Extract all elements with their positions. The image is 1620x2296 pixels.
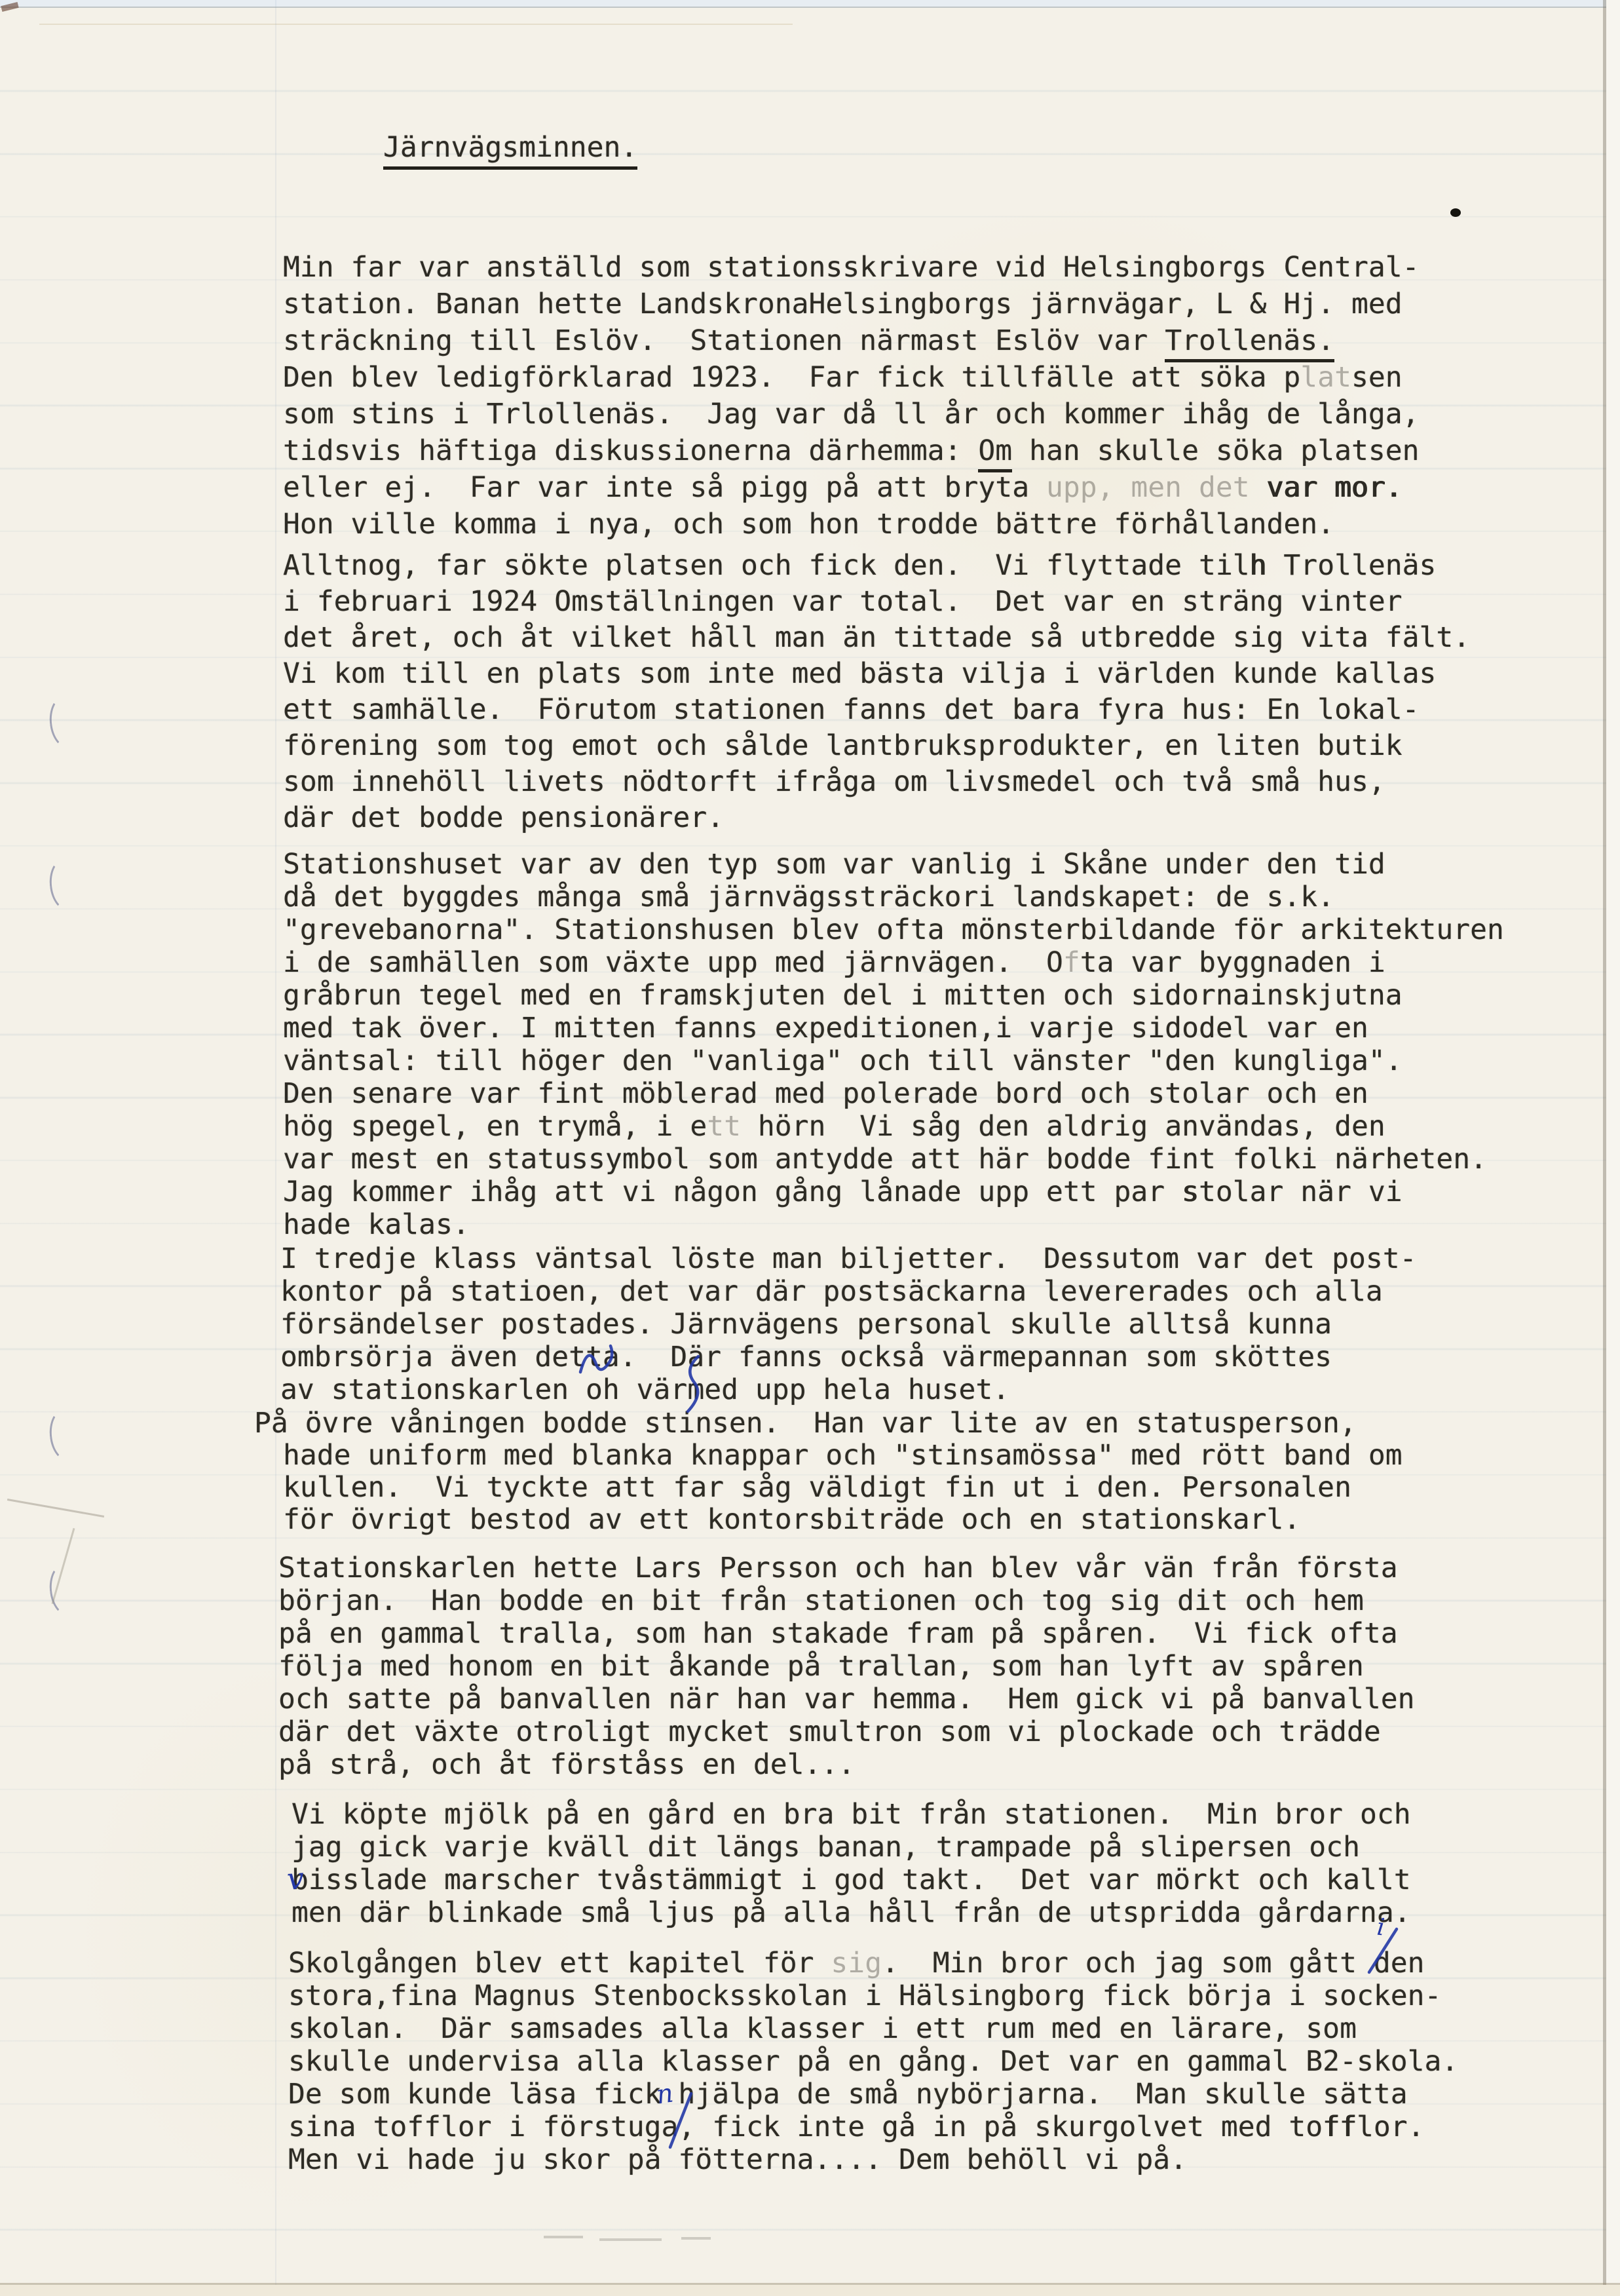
page-title: Järnvägsminnen. xyxy=(383,131,637,164)
text-line: väntsal: till höger den "vanliga" och ti… xyxy=(283,1044,1504,1077)
text-line: bisslade marscher tvåstämmigt i god takt… xyxy=(292,1864,1411,1896)
margin-crescent-mark xyxy=(47,695,85,750)
text-line: på strå, och åt förståss en del... xyxy=(278,1748,1415,1781)
text-line: Hon ville komma i nya, och som hon trodd… xyxy=(283,506,1420,543)
text-line: jag gick varje kväll dit längs banan, tr… xyxy=(292,1831,1411,1864)
blue-ink-letter-v: v xyxy=(286,1863,305,1894)
text-line: sina tofflor i förstuga, fick inte gå in… xyxy=(288,2111,1458,2143)
text-line: Den blev ledigförklarad 1923. Far fick t… xyxy=(283,359,1420,396)
scan-top-edge-line xyxy=(0,7,1620,8)
scan-top-edge xyxy=(0,0,1620,7)
text-line: men där blinkade små ljus på alla håll f… xyxy=(292,1896,1411,1929)
text-line: var mest en statussymbol som antydde att… xyxy=(283,1143,1504,1176)
text-line: Skolgången blev ett kapitel för sig. Min… xyxy=(288,1947,1458,1980)
pencil-smudge xyxy=(544,2236,583,2238)
text-line: eller ej. Far var inte så pigg på att br… xyxy=(283,469,1420,506)
paragraph-stationmaster: På övre våningen bodde stinsen. Han var … xyxy=(283,1407,1403,1536)
paragraph-school: Skolgången blev ett kapitel för sig. Min… xyxy=(288,1947,1458,2176)
text-line: ett samhälle. Förutom stationen fanns de… xyxy=(283,692,1470,728)
text-line: På övre våningen bodde stinsen. Han var … xyxy=(254,1407,1403,1440)
text-line: skulle undervisa alla klasser på en gång… xyxy=(288,2045,1458,2078)
text-line: I tredje klass väntsal löste man biljett… xyxy=(280,1242,1417,1275)
text-line: Vi köpte mjölk på en gård en bra bit frå… xyxy=(292,1798,1411,1831)
text-line: Stationskarlen hette Lars Persson och ha… xyxy=(278,1552,1415,1584)
text-line: och satte på banvallen när han var hemma… xyxy=(278,1683,1415,1715)
text-line: station. Banan hette LandskronaHelsingbo… xyxy=(283,286,1420,322)
text-line: "grevebanorna". Stationshusen blev ofta … xyxy=(283,913,1504,946)
text-line: tidsvis häftiga diskussionerna därhemma:… xyxy=(283,432,1420,469)
paragraph-post-office: I tredje klass väntsal löste man biljett… xyxy=(280,1242,1417,1406)
text-line: Min far var anställd som stationsskrivar… xyxy=(283,249,1420,286)
text-line: försändelser postades. Järnvägens person… xyxy=(280,1308,1417,1341)
paper-crease-mark xyxy=(7,1499,104,1518)
text-line: följa med honom en bit åkande på trallan… xyxy=(278,1650,1415,1683)
text-line: kullen. Vi tyckte att far såg väldigt fi… xyxy=(283,1472,1403,1504)
text-line: förening som tog emot och sålde lantbruk… xyxy=(283,728,1470,764)
pencil-smudge xyxy=(599,2238,662,2241)
text-line: De som kunde läsa fick hjälpa de små nyb… xyxy=(288,2078,1458,2111)
paragraph-move-to-trollenas: Alltnog, far sökte platsen och fick den.… xyxy=(283,548,1470,836)
margin-rule-line xyxy=(275,0,276,2296)
text-line: Den senare var fint möblerad med polerad… xyxy=(283,1077,1504,1110)
scan-bottom-strip xyxy=(0,2285,1620,2296)
blue-ink-letter-n: n xyxy=(654,2080,675,2108)
text-line: sträckning till Eslöv. Stationen närmast… xyxy=(283,322,1420,359)
page-right-edge xyxy=(1603,0,1606,2296)
pencil-smudge xyxy=(681,2237,711,2240)
scanned-typewritten-page: Järnvägsminnen. Min far var anställd som… xyxy=(0,0,1620,2296)
margin-crescent-mark xyxy=(47,1407,85,1463)
margin-crescent-mark xyxy=(47,1562,85,1618)
text-line: skolan. Där samsades alla klasser i ett … xyxy=(288,2012,1458,2045)
text-line: Vi kom till en plats som inte med bästa … xyxy=(283,656,1470,692)
text-line: stora,fina Magnus Stenbocksskolan i Häls… xyxy=(288,1980,1458,2012)
text-line: början. Han bodde en bit från stationen … xyxy=(278,1584,1415,1617)
text-line: där det bodde pensionärer. xyxy=(283,800,1470,836)
text-line: kontor på statioen, det var där postsäck… xyxy=(280,1275,1417,1308)
text-line: som stins i Trlollenäs. Jag var då ll år… xyxy=(283,396,1420,432)
scan-right-strip xyxy=(1606,0,1620,2296)
stray-ink-dot xyxy=(1450,208,1461,217)
text-line: ombrsörja även detta. Där fanns också vä… xyxy=(280,1341,1417,1373)
paragraph-station-house: Stationshuset var av den typ som var van… xyxy=(283,848,1504,1241)
text-line: Jag kommer ihåg att vi någon gång lånade… xyxy=(283,1176,1504,1208)
text-line: då det byggdes många små järnvägssträcko… xyxy=(283,881,1504,913)
text-line: med tak över. I mitten fanns expeditione… xyxy=(283,1012,1504,1044)
blue-ink-letter-i: i xyxy=(1376,1915,1385,1940)
text-line: hade kalas. xyxy=(283,1208,1504,1241)
paragraph-lars-persson: Stationskarlen hette Lars Persson och ha… xyxy=(278,1552,1415,1781)
text-line: Alltnog, far sökte platsen och fick den.… xyxy=(283,548,1470,584)
text-line: gråbrun tegel med en framskjuten del i m… xyxy=(283,979,1504,1012)
paper-fold-line xyxy=(39,24,793,25)
text-line: Men vi hade ju skor på fötterna.... Dem … xyxy=(288,2143,1458,2176)
text-line: Stationshuset var av den typ som var van… xyxy=(283,848,1504,881)
text-line: där det växte otroligt mycket smultron s… xyxy=(278,1715,1415,1748)
text-line: av stationskarlen oh värmed upp hela hus… xyxy=(280,1373,1417,1406)
text-line: på en gammal tralla, som han stakade fra… xyxy=(278,1617,1415,1650)
paragraph-milk-walks: Vi köpte mjölk på en gård en bra bit frå… xyxy=(292,1798,1411,1929)
text-line: i de samhällen som växte upp med järnväg… xyxy=(283,946,1504,979)
text-line: hög spegel, en trymå, i ett hörn Vi såg … xyxy=(283,1110,1504,1143)
text-line: hade uniform med blanka knappar och "sti… xyxy=(283,1440,1403,1472)
text-line: som innehöll livets nödtorft ifråga om l… xyxy=(283,764,1470,800)
text-line: i februari 1924 Omställningen var total.… xyxy=(283,584,1470,620)
margin-crescent-mark xyxy=(47,857,85,913)
text-line: för övrigt bestod av ett kontorsbiträde … xyxy=(283,1504,1403,1536)
text-line: det året, och åt vilket håll man än titt… xyxy=(283,620,1470,656)
paragraph-intro: Min far var anställd som stationsskrivar… xyxy=(283,249,1420,543)
